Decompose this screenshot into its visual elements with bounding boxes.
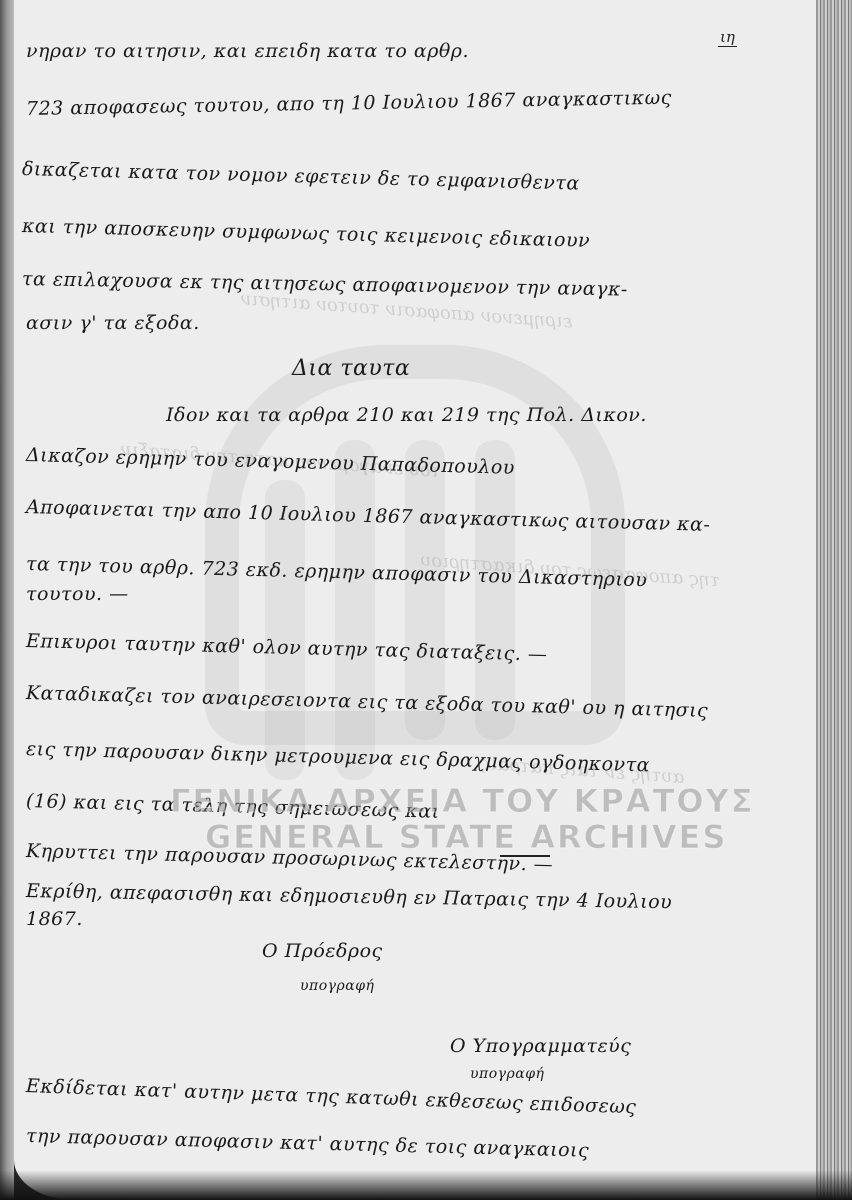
folio-number: ιη (718, 28, 737, 47)
page-edges (816, 0, 852, 1200)
section-heading: Δια ταυτα (292, 356, 410, 381)
clerk-title: Ο Υπογραμματεύς (450, 1035, 631, 1057)
text-line: 1867. (26, 908, 83, 930)
president-title: Ο Πρόεδρος (262, 940, 383, 962)
dash-mark (500, 855, 550, 857)
book-gutter (0, 0, 14, 1200)
text-line: Ιδον και τα αρθρα 210 και 219 της Πολ. Δ… (166, 404, 647, 426)
watermark-text-english: GENERAL STATE ARCHIVES (205, 818, 727, 856)
watermark-column (335, 440, 375, 780)
president-signature: υπογραφή (300, 978, 374, 994)
text-line: τουτου. — (26, 583, 129, 605)
page-shadow (0, 1170, 852, 1200)
watermark-text-greek: ΓΕΝΙΚΑ ΑΡΧΕΙΑ ΤΟΥ ΚΡΑΤΟΥΣ (170, 782, 755, 820)
clerk-signature: υπογραφή (470, 1066, 544, 1082)
text-line: ασιν γ' τα εξοδα. (26, 312, 200, 334)
text-line: νηραν το αιτησιν, και επειδη κατα το αρθ… (26, 40, 469, 62)
